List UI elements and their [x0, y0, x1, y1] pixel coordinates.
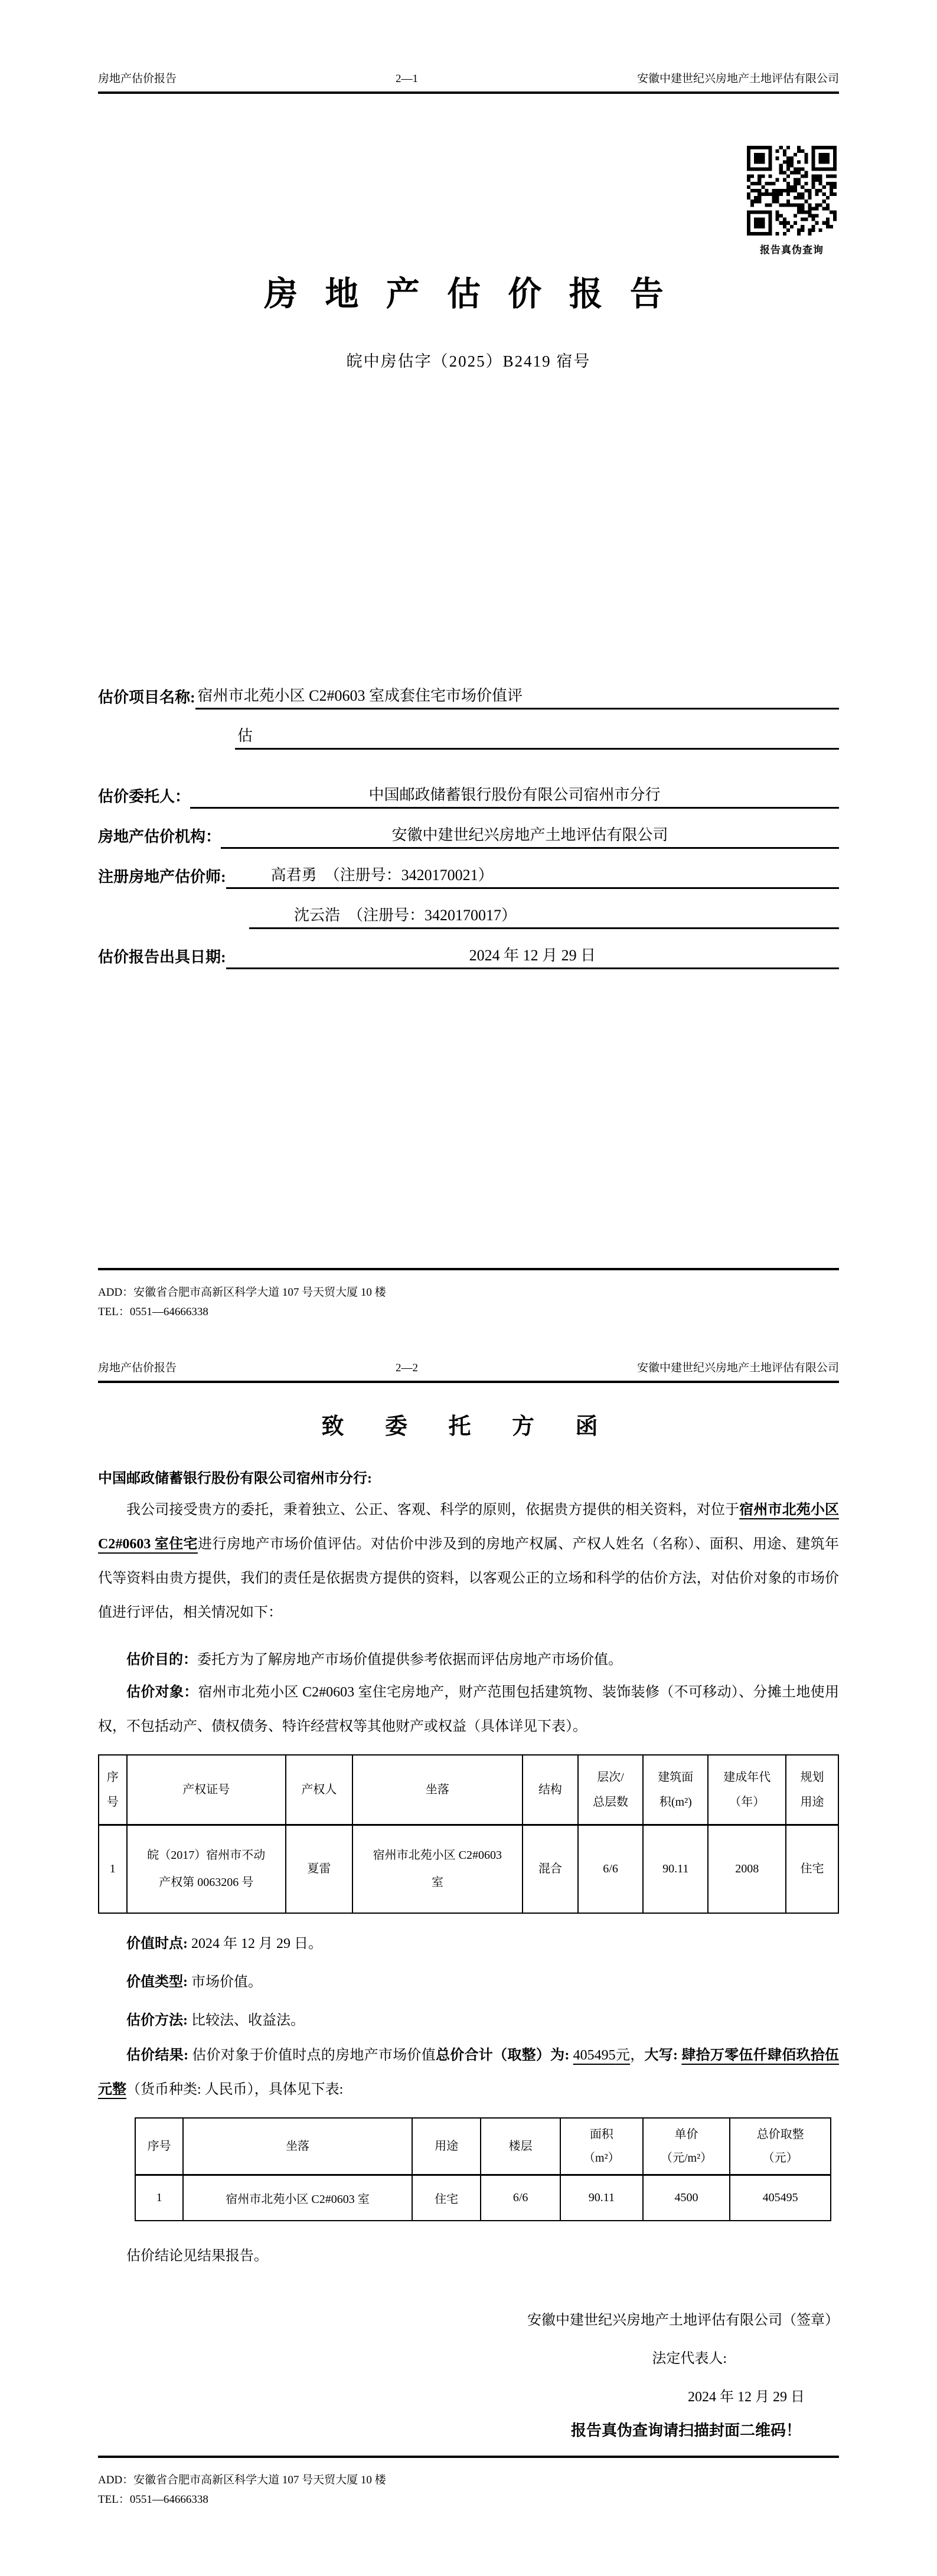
value-date-line: 价值时点: 2024 年 12 月 29 日。 [98, 1931, 839, 1952]
field-appraiser-1: 注册房地产估价师: 高君勇 （注册号：3420170021） [98, 863, 839, 889]
footer-address: ADD：安徽省合肥市高新区科学大道 107 号天贸大厦 10 楼 [98, 2471, 839, 2487]
report-doc-number: 皖中房估字（2025）B2419 宿号 [98, 348, 839, 371]
field-client: 估价委托人： 中国邮政储蓄银行股份有限公司宿州市分行 [98, 783, 839, 809]
cell-location: 宿州市北苑小区 C2#0603 室 [352, 1825, 523, 1913]
qr-region: 报告真伪查询 [98, 146, 839, 256]
property-table: 序 号 产权证号 产权人 坐落 结构 层次/ 总层数 建筑面 积(m²) 建成年… [98, 1754, 839, 1914]
cell-year: 2008 [708, 1825, 786, 1913]
field-client-value: 中国邮政储蓄银行股份有限公司宿州市分行 [190, 783, 839, 809]
result-seg4: （货币种类: 人民币），具体见下表: [126, 2082, 343, 2097]
header-cell-use: 规划 用途 [786, 1755, 838, 1825]
value-type-text: 市场价值。 [191, 1975, 262, 1990]
header-cell-location: 坐落 [352, 1755, 523, 1825]
field-agency-value: 安徽中建世纪兴房地产土地评估有限公司 [221, 823, 839, 849]
field-appraiser1-value: 高君勇 （注册号：3420170021） [226, 863, 839, 889]
field-appraiser-2: 沈云浩 （注册号：3420170017） [98, 903, 839, 929]
cell-area: 90.11 [643, 1825, 708, 1913]
field-project-name-cont: 估 [98, 724, 839, 750]
header-cell-seq: 序号 [135, 2118, 183, 2175]
cell-unit-price: 4500 [643, 2175, 730, 2221]
result-amount: 405495 [573, 2048, 616, 2063]
value-type-line: 价值类型: 市场价值。 [98, 1970, 839, 1990]
object-paragraph: 估价对象：宿州市北苑小区 C2#0603 室住宅房地产，财产范围包括建筑物、装饰… [98, 1675, 839, 1744]
signature-company: 安徽中建世纪兴房地产土地评估有限公司（签章） [98, 2308, 839, 2329]
header-cell-cert-no: 产权证号 [127, 1755, 286, 1825]
result-daxie-label: 大写: [645, 2048, 682, 2063]
conclusion-line: 估价结论见结果报告。 [98, 2244, 839, 2264]
spacer [98, 969, 839, 1268]
header-cell-seq: 序 号 [99, 1755, 127, 1825]
header-cell-floor: 楼层 [481, 2118, 560, 2175]
field-appraiser2-value: 沈云浩 （注册号：3420170017） [249, 903, 839, 929]
header-cell-total: 总价取整 （元） [730, 2118, 831, 2175]
result-amount-unit: 元 [616, 2048, 631, 2063]
intro-paragraph: 我公司接受贵方的委托，秉着独立、公正、客观、科学的原则，依据贵方提供的相关资料，… [98, 1493, 839, 1630]
header-cell-year: 建成年代 （年） [708, 1755, 786, 1825]
salutation: 中国邮政储蓄银行股份有限公司宿州市分行: [98, 1466, 839, 1487]
cell-use: 住宅 [786, 1825, 838, 1913]
page1-footer: ADD：安徽省合肥市高新区科学大道 107 号天贸大厦 10 楼 TEL：055… [98, 1268, 839, 1346]
header-cell-area: 建筑面 积(m²) [643, 1755, 708, 1825]
field-date-value: 2024 年 12 月 29 日 [226, 943, 839, 969]
header-cell-location: 坐落 [183, 2118, 412, 2175]
header-cell-owner: 产权人 [286, 1755, 352, 1825]
valuation-table-header-row: 序号 坐落 用途 楼层 面积 （m²） 单价 （元/m²） 总价取整 （元） [135, 2118, 831, 2175]
header-cell-area: 面积 （m²） [560, 2118, 643, 2175]
running-head-company: 安徽中建世纪兴房地产土地评估有限公司 [637, 1359, 839, 1375]
footer-address: ADD：安徽省合肥市高新区科学大道 107 号天贸大厦 10 楼 [98, 1283, 839, 1299]
method-line: 估价方法: 比较法、收益法。 [98, 2008, 839, 2029]
spacer [98, 2440, 839, 2456]
header-cell-floors: 层次/ 总层数 [578, 1755, 643, 1825]
intro-pre: 我公司接受贵方的委托，秉着独立、公正、客观、科学的原则，依据贵方提供的相关资料，… [126, 1502, 739, 1518]
cell-seq: 1 [135, 2175, 183, 2221]
field-project-label: 估价项目名称: [98, 685, 195, 710]
field-appraiser-label: 注册房地产估价师: [98, 865, 226, 889]
cell-use: 住宅 [412, 2175, 481, 2221]
result-seg1: 估价对象于价值时点的房地产市场价值 [192, 2048, 436, 2063]
cover-page: 房地产估价报告 2—1 安徽中建世纪兴房地产土地评估有限公司 报告真伪查询 房 … [0, 0, 937, 1346]
cell-structure: 混合 [523, 1825, 578, 1913]
cell-floors: 6/6 [578, 1825, 643, 1913]
field-agency: 房地产估价机构： 安徽中建世纪兴房地产土地评估有限公司 [98, 823, 839, 849]
property-table-header-row: 序 号 产权证号 产权人 坐落 结构 层次/ 总层数 建筑面 积(m²) 建成年… [99, 1755, 838, 1825]
running-head-page-number: 2—1 [396, 73, 418, 86]
field-client-label: 估价委托人： [98, 784, 190, 809]
field-project-name: 估价项目名称: 宿州市北苑小区 C2#0603 室成套住宅市场价值评 [98, 684, 839, 710]
qr-code [747, 146, 837, 236]
running-head-page-number: 2—2 [396, 1362, 418, 1375]
header-cell-structure: 结构 [523, 1755, 578, 1825]
cell-area: 90.11 [560, 2175, 643, 2221]
signature-date: 2024 年 12 月 29 日 [98, 2385, 839, 2405]
result-label: 估价结果: [126, 2048, 192, 2063]
cover-fields: 估价项目名称: 宿州市北苑小区 C2#0603 室成套住宅市场价值评 估 估价委… [98, 669, 839, 969]
purpose-line: 估价目的：委托方为了解房地产市场价值提供参考依据而评估房地产市场价值。 [98, 1647, 839, 1668]
footer-tel: TEL：0551—64666338 [98, 1303, 839, 1319]
page2-footer: ADD：安徽省合肥市高新区科学大道 107 号天贸大厦 10 楼 TEL：055… [98, 2456, 839, 2576]
field-project-value-line1: 宿州市北苑小区 C2#0603 室成套住宅市场价值评 [195, 684, 839, 710]
page1-running-head: 房地产估价报告 2—1 安徽中建世纪兴房地产土地评估有限公司 [98, 70, 839, 94]
value-type-label: 价值类型: [126, 1975, 191, 1990]
purpose-text: 委托方为了解房地产市场价值提供参考依据而评估房地产市场价值。 [197, 1652, 622, 1668]
footer-tel: TEL：0551—64666338 [98, 2490, 839, 2506]
valuation-table: 序号 坐落 用途 楼层 面积 （m²） 单价 （元/m²） 总价取整 （元） 1… [135, 2117, 831, 2221]
cell-location: 宿州市北苑小区 C2#0603 室 [183, 2175, 412, 2221]
value-date-label: 价值时点: [126, 1936, 191, 1951]
field-project-value-line2: 估 [235, 724, 839, 750]
cell-cert-no: 皖（2017）宿州市不动 产权第 0063206 号 [127, 1825, 286, 1913]
method-label: 估价方法: [126, 2013, 191, 2028]
letter-title: 致 委 托 方 函 [98, 1408, 839, 1440]
method-text: 比较法、收益法。 [191, 2013, 305, 2028]
result-seg3: ， [630, 2048, 644, 2063]
result-paragraph: 估价结果: 估价对象于价值时点的房地产市场价值总价合计（取整）为: 405495… [98, 2038, 839, 2107]
qr-box: 报告真伪查询 [745, 146, 839, 256]
running-head-doc-type: 房地产估价报告 [98, 70, 177, 86]
header-cell-unit-price: 单价 （元/m²） [643, 2118, 730, 2175]
valuation-table-row: 1 宿州市北苑小区 C2#0603 室 住宅 6/6 90.11 4500 40… [135, 2175, 831, 2221]
scan-qr-note: 报告真伪查询请扫描封面二维码！ [98, 2418, 839, 2440]
cell-seq: 1 [99, 1825, 127, 1913]
page2-running-head: 房地产估价报告 2—2 安徽中建世纪兴房地产土地评估有限公司 [98, 1359, 839, 1383]
cell-total: 405495 [730, 2175, 831, 2221]
object-text: 宿州市北苑小区 C2#0603 室住宅房地产，财产范围包括建筑物、装饰装修（不可… [98, 1685, 839, 1734]
result-seg2: 总价合计（取整）为: [436, 2048, 573, 2063]
running-head-company: 安徽中建世纪兴房地产土地评估有限公司 [637, 70, 839, 86]
cell-owner: 夏雷 [286, 1825, 352, 1913]
field-report-date: 估价报告出具日期: 2024 年 12 月 29 日 [98, 943, 839, 969]
cell-floor: 6/6 [481, 2175, 560, 2221]
intro-post: 进行房地产市场价值评估。对估价中涉及到的房地产权属、产权人姓名（名称）、面积、用… [98, 1537, 839, 1620]
value-date-text: 2024 年 12 月 29 日。 [191, 1936, 322, 1951]
header-cell-use: 用途 [412, 2118, 481, 2175]
object-label: 估价对象： [126, 1685, 198, 1700]
qr-caption: 报告真伪查询 [745, 241, 839, 256]
signature-legal-rep: 法定代表人: [98, 2346, 839, 2367]
field-date-label: 估价报告出具日期: [98, 945, 226, 969]
purpose-label: 估价目的： [126, 1652, 197, 1668]
letter-page: 房地产估价报告 2—2 安徽中建世纪兴房地产土地评估有限公司 致 委 托 方 函… [0, 1346, 937, 2576]
running-head-doc-type: 房地产估价报告 [98, 1359, 177, 1375]
report-title: 房 地 产 估 价 报 告 [98, 267, 839, 315]
field-agency-label: 房地产估价机构： [98, 825, 221, 849]
property-table-row: 1 皖（2017）宿州市不动 产权第 0063206 号 夏雷 宿州市北苑小区 … [99, 1825, 838, 1913]
